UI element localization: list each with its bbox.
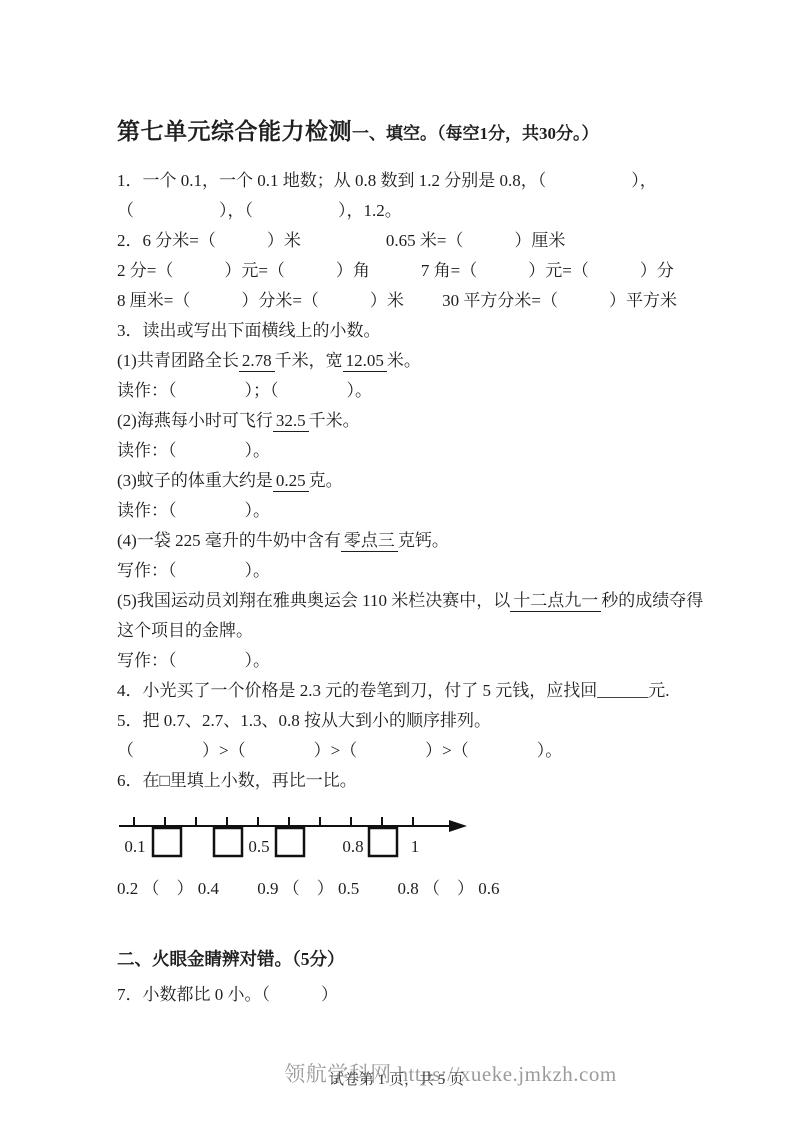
text-line: 2 分=（ ）元=（ ）角 7 角=（ ）元=（ ）分 xyxy=(117,256,687,286)
axis-label: 0.5 xyxy=(248,837,269,856)
text-line: (5)我国运动员刘翔在雅典奥运会 110 米栏决赛中，以十二点九一秒的成绩夺得 xyxy=(117,586,687,616)
text-line: 这个项目的金牌。 xyxy=(117,616,687,646)
line-text: 8 厘米=（ ）分米=（ ）米 30 平方分米=（ ）平方米 xyxy=(117,291,677,310)
line-text: （ ），（ ），1.2。 xyxy=(117,201,402,220)
text-line: (3)蚊子的体重大约是0.25克。 xyxy=(117,466,687,496)
worksheet-page: 第七单元综合能力检测一、填空。（每空1分，共30分。） 1．一个 0.1，一个 … xyxy=(0,0,793,1122)
section2-heading: 二、火眼金睛辨对错。（5分） xyxy=(117,944,687,974)
number-line-figure: 0.1 0.5 0.8 1 xyxy=(117,812,687,874)
line-text: 读作：（ ）。 xyxy=(117,441,270,460)
line-text: 5．把 0.7、2.7、1.3、0.8 按从大到小的顺序排列。 xyxy=(117,711,491,730)
text-line: (4)一袋 225 毫升的牛奶中含有零点三克钙。 xyxy=(117,526,687,556)
line-text: 1．一个 0.1，一个 0.1 地数；从 0.8 数到 1.2 分别是 0.8，… xyxy=(117,171,657,190)
line-text: 千米，宽 xyxy=(275,351,343,370)
line-text: 秒的成绩夺得 xyxy=(601,591,703,610)
text-line: 读作：（ ）。 xyxy=(117,496,687,526)
question-7: 7．小数都比 0 小。（ ） xyxy=(117,980,687,1010)
underlined-value: 32.5 xyxy=(273,411,309,432)
text-line: （ ），（ ），1.2。 xyxy=(117,196,687,226)
line-text: 3．读出或写出下面横线上的小数。 xyxy=(117,321,381,340)
line-text: (2)海燕每小时可飞行 xyxy=(117,411,273,430)
line-text: 克钙。 xyxy=(398,531,449,550)
line-text: 写作：（ ）。 xyxy=(117,651,270,670)
page-title: 第七单元综合能力检测 xyxy=(117,119,352,144)
text-line: 3．读出或写出下面横线上的小数。 xyxy=(117,316,687,346)
title-line: 第七单元综合能力检测一、填空。（每空1分，共30分。） xyxy=(117,112,687,156)
line-text: 2．6 分米=（ ）米 0.65 米=（ ）厘米 xyxy=(117,231,565,250)
answer-box xyxy=(276,828,304,856)
underlined-value: 12.05 xyxy=(343,351,387,372)
line-text: 读作：（ ）。 xyxy=(117,501,270,520)
underlined-value: 2.78 xyxy=(239,351,275,372)
line-text: 千米。 xyxy=(309,411,360,430)
text-line: 4．小光买了一个价格是 2.3 元的卷笔到刀，付了 5 元钱，应找回______… xyxy=(117,676,687,706)
comparison-row: 0.2 （ ） 0.4 0.9 （ ） 0.5 0.8 （ ） 0.6 xyxy=(117,874,687,904)
line-text: 这个项目的金牌。 xyxy=(117,621,253,640)
axis-label: 0.8 xyxy=(342,837,363,856)
answer-box xyxy=(153,828,181,856)
axis-label: 0.1 xyxy=(124,837,145,856)
text-line: 写作：（ ）。 xyxy=(117,646,687,676)
text-line: (2)海燕每小时可飞行32.5千米。 xyxy=(117,406,687,436)
text-line: (1)共青团路全长2.78千米，宽12.05米。 xyxy=(117,346,687,376)
underlined-value: 十二点九一 xyxy=(510,591,601,612)
text-line: 5．把 0.7、2.7、1.3、0.8 按从大到小的顺序排列。 xyxy=(117,706,687,736)
axis-label: 1 xyxy=(411,837,420,856)
answer-box xyxy=(214,828,242,856)
line-text: 4．小光买了一个价格是 2.3 元的卷笔到刀，付了 5 元钱，应找回______… xyxy=(117,681,670,700)
worksheet-content: 第七单元综合能力检测一、填空。（每空1分，共30分。） 1．一个 0.1，一个 … xyxy=(117,112,687,1010)
underlined-value: 零点三 xyxy=(341,531,398,552)
line-text: 写作：（ ）。 xyxy=(117,561,270,580)
line-text: 米。 xyxy=(387,351,421,370)
number-line-svg: 0.1 0.5 0.8 1 xyxy=(117,812,485,874)
text-line: 2．6 分米=（ ）米 0.65 米=（ ）厘米 xyxy=(117,226,687,256)
line-text: (3)蚊子的体重大约是 xyxy=(117,471,273,490)
text-line: （ ）>（ ）>（ ）>（ ）。 xyxy=(117,736,687,766)
text-line: 8 厘米=（ ）分米=（ ）米 30 平方分米=（ ）平方米 xyxy=(117,286,687,316)
text-line: 写作：（ ）。 xyxy=(117,556,687,586)
text-line: 1．一个 0.1，一个 0.1 地数；从 0.8 数到 1.2 分别是 0.8，… xyxy=(117,166,687,196)
answer-box xyxy=(369,828,397,856)
line-text: (5)我国运动员刘翔在雅典奥运会 110 米栏决赛中，以 xyxy=(117,591,510,610)
line-text: 6．在□里填上小数，再比一比。 xyxy=(117,771,357,790)
text-line: 6．在□里填上小数，再比一比。 xyxy=(117,766,687,796)
axis-arrowhead-icon xyxy=(449,820,467,832)
page-number-footer: 试卷第 1 页，共 5 页 xyxy=(0,1068,793,1089)
line-text: 读作：（ ）；（ ）。 xyxy=(117,381,372,400)
axis-ticks xyxy=(134,817,413,826)
line-text: (4)一袋 225 毫升的牛奶中含有 xyxy=(117,531,341,550)
line-text: （ ）>（ ）>（ ）>（ ）。 xyxy=(117,741,562,760)
underlined-value: 0.25 xyxy=(273,471,309,492)
line-text: (1)共青团路全长 xyxy=(117,351,239,370)
text-line: 读作：（ ）。 xyxy=(117,436,687,466)
text-line: 读作：（ ）；（ ）。 xyxy=(117,376,687,406)
section1-heading: 一、填空。（每空1分，共30分。） xyxy=(352,124,599,143)
line-text: 2 分=（ ）元=（ ）角 7 角=（ ）元=（ ）分 xyxy=(117,261,674,280)
line-text: 克。 xyxy=(309,471,343,490)
section1-lines: 1．一个 0.1，一个 0.1 地数；从 0.8 数到 1.2 分别是 0.8，… xyxy=(117,166,687,796)
